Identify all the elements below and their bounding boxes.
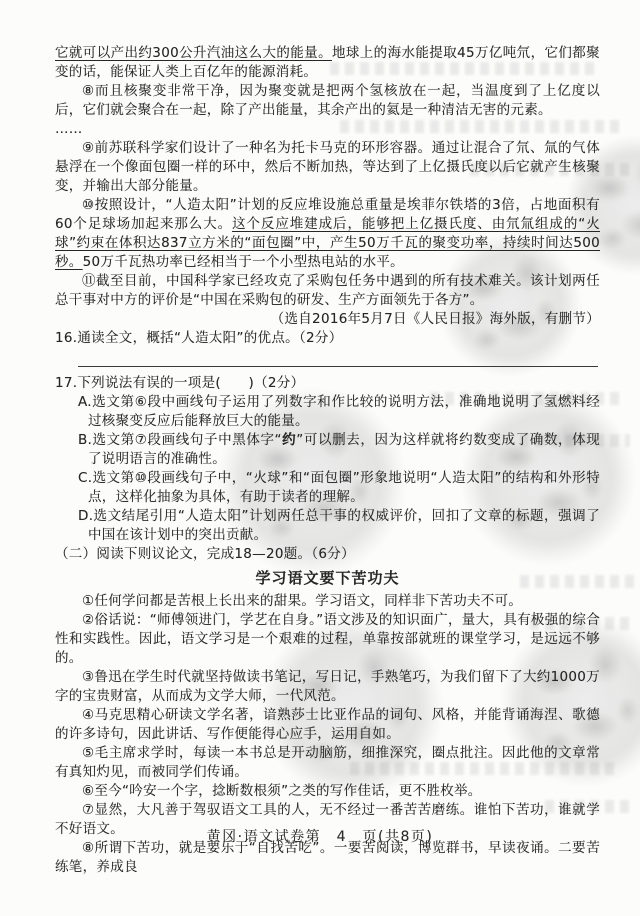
ellipsis-line: ……: [55, 120, 600, 139]
text-segment: B.选文第⑦段画线句子中黑体字“: [78, 432, 282, 448]
passage-paragraph-8: ⑧而且核聚变非常干净，因为聚变就是把两个氢核放在一起，当温度到了上亿度以后，它们…: [55, 82, 600, 120]
passage-paragraph-10: ⑩按照设计，“人造太阳”计划的反应堆设施总重量是埃菲尔铁塔的3倍，占地面积有60…: [55, 196, 600, 272]
option-b: B.选文第⑦段画线句子中黑体字“约”可以删去，因为这样就将约数变成了确数，体现了…: [55, 431, 600, 469]
text-segment: ⑥至今“吟安一个字，捻断数根须”之类的写作佳话，更不胜枚举。: [82, 783, 482, 799]
text-segment: A.选文第⑥段中画线句子运用了列数字和作比较的说明方法，准确地说明了氢燃料经过核…: [78, 394, 600, 429]
essay-paragraph-4: ④马克思精心研读文学名著，谙熟莎士比亚作品的词句、风格，并能背诵海涅、歌德的许多…: [55, 706, 600, 744]
question-16: 16.通读全文，概括“人造太阳”的优点。（2分）: [55, 329, 600, 348]
option-a: A.选文第⑥段中画线句子运用了列数字和作比较的说明方法，准确地说明了氢燃料经过核…: [55, 393, 600, 431]
text-segment: 学习语文要下苦功夫: [255, 569, 399, 587]
text-segment: 约: [282, 432, 296, 448]
text-segment: ①任何学问都是苦根上长出来的甜果。学习语文，同样非下苦功夫不可。: [82, 593, 522, 609]
text-segment: 50万千瓦热功率已经相当于一个小型热电站的水平。: [83, 254, 404, 270]
exam-page-scan: 它就可以产出约300公升汽油这么大的能量。地球上的海水能提取45万亿吨氘，它们都…: [0, 0, 640, 916]
page-footer: 黄冈·语文试卷第 4 页(共8页): [0, 826, 640, 846]
option-c: C.选文第⑩段画线句子中，“火球”和“面包圈”形象地说明“人造太阳”的结构和外形…: [55, 469, 600, 507]
essay-paragraph-1: ①任何学问都是苦根上长出来的甜果。学习语文，同样非下苦功夫不可。: [55, 592, 600, 611]
source-attribution: （选自2016年5月7日《人民日报》海外版，有删节）: [55, 310, 600, 329]
continuation-paragraph: 它就可以产出约300公升汽油这么大的能量。地球上的海水能提取45万亿吨氘，它们都…: [55, 44, 600, 82]
text-segment: 它就可以产出约300公升汽油这么大的能量。: [55, 45, 332, 61]
answer-line: [78, 348, 598, 367]
essay-paragraph-5: ⑤毛主席求学时，每读一本书总是开动脑筋，细推深究，圈点批注。因此他的文章常有真知…: [55, 744, 600, 782]
section-2-heading: （二）阅读下则议论文，完成18—20题。（6分）: [55, 545, 600, 564]
text-segment: ④马克思精心研读文学名著，谙熟莎士比亚作品的词句、风格，并能背诵海涅、歌德的许多…: [55, 707, 600, 742]
essay-paragraph-2: ②俗话说：“师傅领进门，学艺在自身。”语文涉及的知识面广，量大，具有极强的综合性…: [55, 611, 600, 668]
text-segment: （选自2016年5月7日《人民日报》海外版，有删节）: [271, 311, 600, 327]
document-content: 它就可以产出约300公升汽油这么大的能量。地球上的海水能提取45万亿吨氘，它们都…: [55, 44, 600, 877]
text-segment: 17.下列说法有误的一项是( )（2分）: [55, 375, 304, 391]
text-segment: ②俗话说：“师傅领进门，学艺在自身。”语文涉及的知识面广，量大，具有极强的综合性…: [55, 612, 600, 666]
text-segment: ③鲁迅在学生时代就坚持做读书笔记，写日记，手熟笔巧，为我们留下了大约1000万字…: [55, 669, 600, 704]
text-segment: D.选文结尾引用“人造太阳”计划两任总干事的权威评价，回扣了文章的标题，强调了中…: [78, 508, 600, 543]
text-segment: ⑤毛主席求学时，每读一本书总是开动脑筋，细推深究，圈点批注。因此他的文章常有真知…: [55, 745, 600, 780]
text-segment: ……: [55, 121, 83, 137]
option-d: D.选文结尾引用“人造太阳”计划两任总干事的权威评价，回扣了文章的标题，强调了中…: [55, 507, 600, 545]
question-17: 17.下列说法有误的一项是( )（2分）: [55, 374, 600, 393]
essay-title: 学习语文要下苦功夫: [55, 569, 600, 588]
text-segment: ⑪截至目前，中国科学家已经攻克了采购包任务中遇到的所有技术难关。该计划两任总干事…: [55, 273, 600, 308]
essay-paragraph-3: ③鲁迅在学生时代就坚持做读书笔记，写日记，手熟笔巧，为我们留下了大约1000万字…: [55, 668, 600, 706]
text-segment: ⑨前苏联科学家们设计了一种名为托卡马克的环形容器。通过让混合了氘、氚的气体悬浮在…: [55, 140, 600, 194]
text-segment: ⑧而且核聚变非常干净，因为聚变就是把两个氢核放在一起，当温度到了上亿度以后，它们…: [55, 83, 600, 118]
text-segment: （二）阅读下则议论文，完成18—20题。（6分）: [55, 546, 355, 562]
essay-paragraph-6: ⑥至今“吟安一个字，捻断数根须”之类的写作佳话，更不胜枚举。: [55, 782, 600, 801]
passage-paragraph-9: ⑨前苏联科学家们设计了一种名为托卡马克的环形容器。通过让混合了氘、氚的气体悬浮在…: [55, 139, 600, 196]
text-segment: 16.通读全文，概括“人造太阳”的优点。（2分）: [55, 330, 343, 346]
passage-paragraph-11: ⑪截至目前，中国科学家已经攻克了采购包任务中遇到的所有技术难关。该计划两任总干事…: [55, 272, 600, 310]
text-segment: C.选文第⑩段画线句子中，“火球”和“面包圈”形象地说明“人造太阳”的结构和外形…: [78, 470, 600, 505]
